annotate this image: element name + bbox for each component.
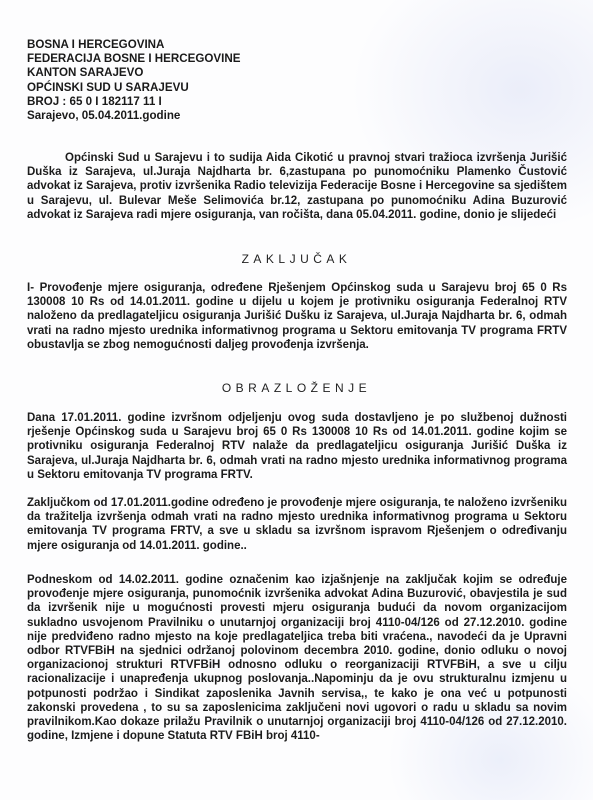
header-date: Sarajevo, 05.04.2011.godine: [27, 109, 240, 123]
court-header: BOSNA I HERCEGOVINA FEDERACIJA BOSNE I H…: [27, 38, 240, 123]
reasoning-paragraph-3: Podneskom od 14.02.2011. godine označeni…: [27, 573, 567, 743]
header-country: BOSNA I HERCEGOVINA: [27, 38, 240, 52]
header-court: OPĆINSKI SUD U SARAJEVU: [27, 81, 240, 95]
reasoning-paragraph-2: Zaključkom od 17.01.2011.godine određeno…: [27, 496, 567, 553]
header-federation: FEDERACIJA BOSNE I HERCEGOVINE: [27, 52, 240, 66]
reasoning-heading: OBRAZLOŽENJE: [0, 381, 593, 395]
ruling-heading: ZAKLJUČAK: [0, 252, 593, 266]
court-document-page: BOSNA I HERCEGOVINA FEDERACIJA BOSNE I H…: [0, 0, 593, 800]
header-case-number: BROJ : 65 0 I 182117 11 I: [27, 95, 240, 109]
reasoning-paragraph-1: Dana 17.01.2011. godine izvršnom odjelje…: [27, 411, 567, 482]
intro-paragraph: Općinski Sud u Sarajevu i to sudija Aida…: [27, 151, 567, 222]
header-canton: KANTON SARAJEVO: [27, 66, 240, 80]
ruling-paragraph: I- Provođenje mjere osiguranja, određene…: [27, 281, 567, 352]
